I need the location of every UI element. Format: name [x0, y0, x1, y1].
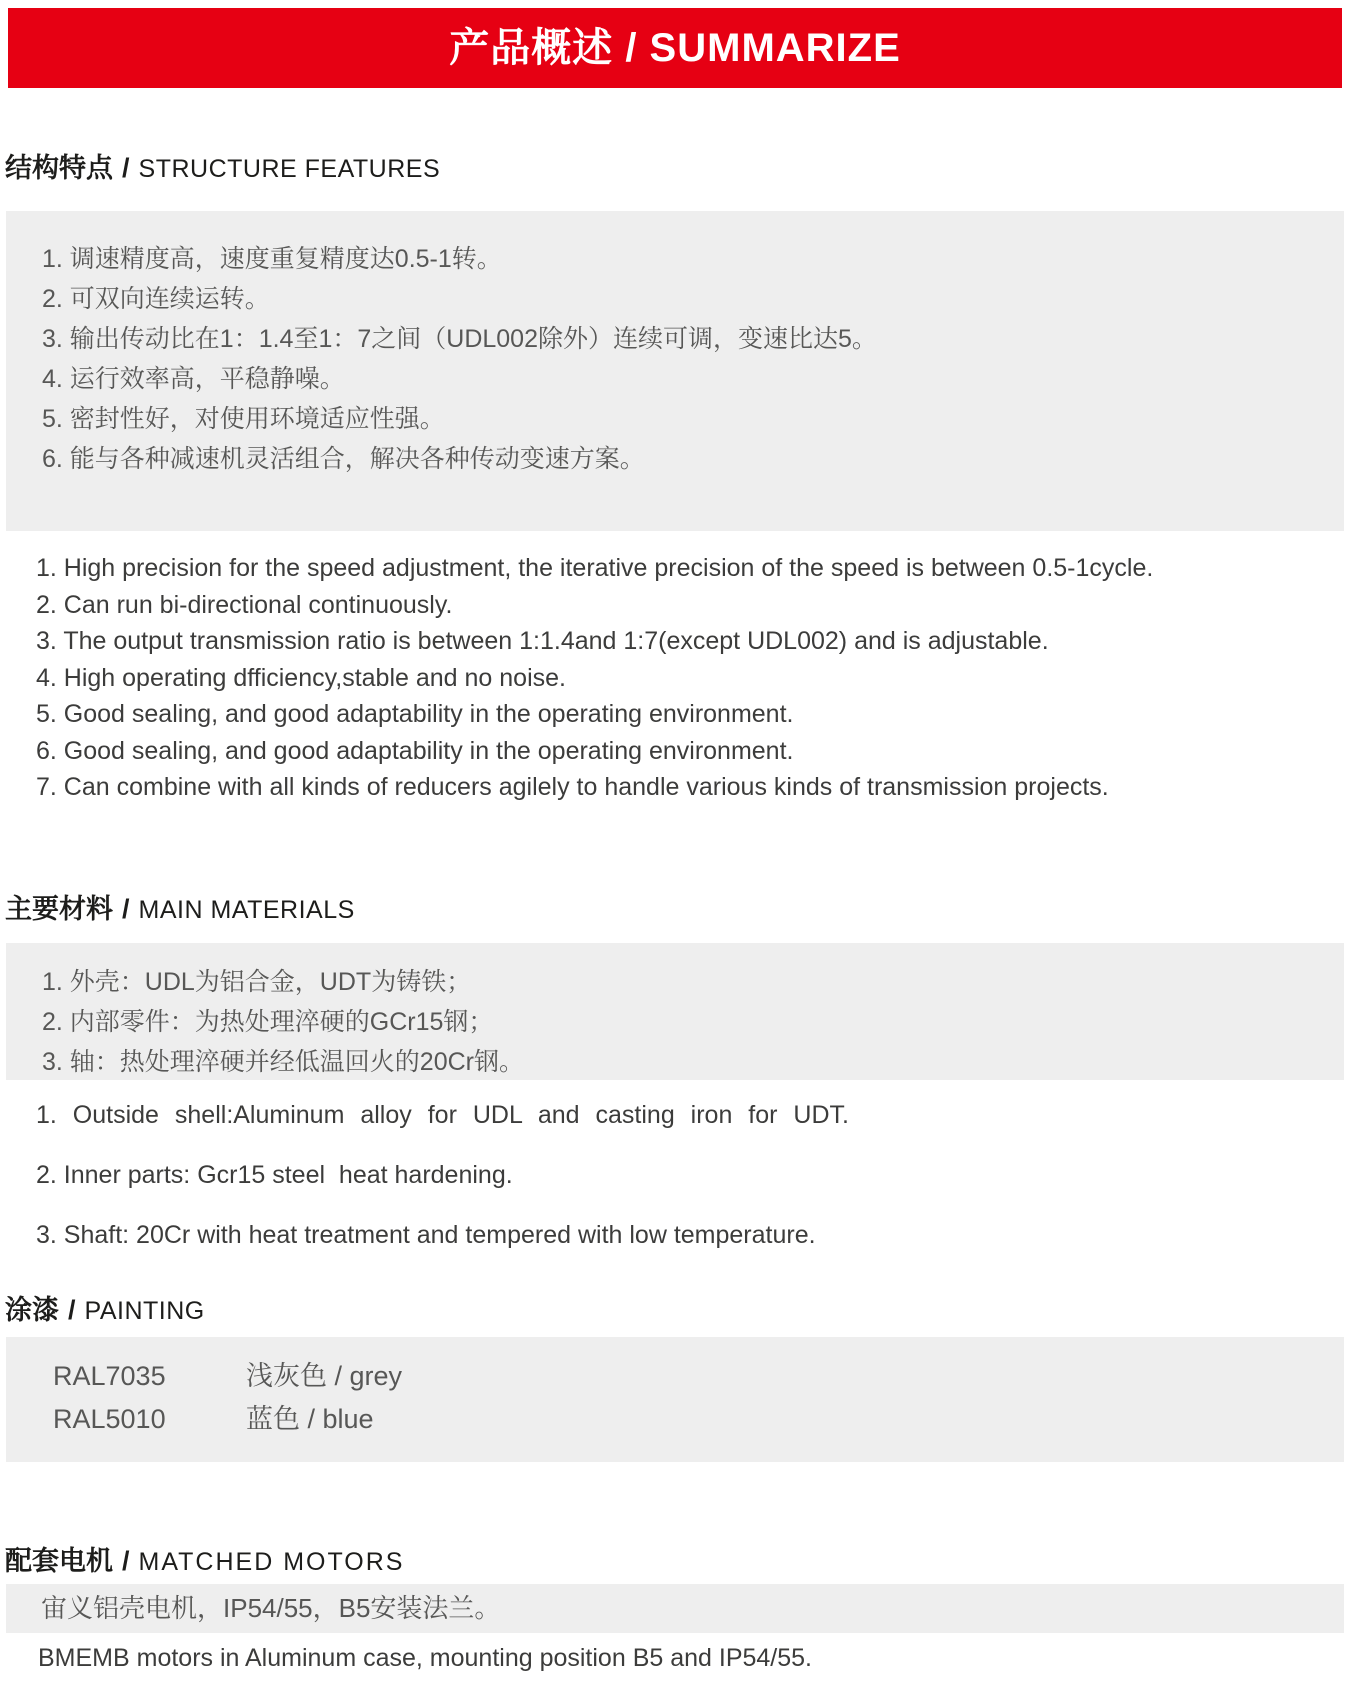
section-heading-main-materials: 主要材料/MAIN MATERIALS	[5, 887, 1350, 932]
structure-features-en-list: 1. High precision for the speed adjustme…	[36, 550, 1330, 806]
product-overview-page: 产品概述 / SUMMARIZE 结构特点/STRUCTURE FEATURES…	[0, 8, 1350, 1671]
list-item: 5. 密封性好，对使用环境适应性强。	[42, 399, 1324, 439]
section-heading-structure-features: 结构特点/STRUCTURE FEATURES	[5, 146, 1350, 191]
structure-features-cn-panel: 1. 调速精度高，速度重复精度达0.5-1转。 2. 可双向连续运转。 3. 输…	[6, 211, 1344, 531]
paint-code: RAL5010	[53, 1398, 246, 1441]
list-item: 6. Good sealing, and good adaptability i…	[36, 733, 1330, 770]
heading-en: PAINTING	[85, 1297, 205, 1325]
list-item: 2. 内部零件：为热处理淬硬的GCr15钢；	[42, 1002, 1324, 1042]
list-item: 1. High precision for the speed adjustme…	[36, 550, 1330, 587]
list-item: 7. Can combine with all kinds of reducer…	[36, 769, 1330, 806]
painting-panel: RAL7035浅灰色 / grey RAL5010蓝色 / blue	[6, 1337, 1344, 1462]
list-item: 1. 外壳：UDL为铝合金，UDT为铸铁；	[42, 962, 1324, 1002]
heading-cn: 配套电机	[5, 1546, 113, 1576]
motors-cn-text: 宙义铝壳电机，IP54/55，B5安装法兰。	[41, 1593, 500, 1623]
paint-code: RAL7035	[53, 1355, 246, 1398]
heading-cn: 主要材料	[5, 894, 113, 924]
heading-cn: 结构特点	[5, 153, 113, 183]
list-item: 5. Good sealing, and good adaptability i…	[36, 696, 1330, 733]
motors-en-text: BMEMB motors in Aluminum case, mounting …	[38, 1645, 1330, 1671]
list-item: 3. 输出传动比在1：1.4至1：7之间（UDL002除外）连续可调，变速比达5…	[42, 319, 1324, 359]
list-item: 2. Inner parts: Gcr15 steel heat hardeni…	[36, 1155, 1330, 1196]
paint-color-name: 浅灰色 / grey	[246, 1361, 402, 1391]
heading-en: MATCHED MOTORS	[139, 1548, 405, 1576]
paint-row: RAL5010蓝色 / blue	[53, 1398, 1344, 1441]
heading-separator: /	[113, 1546, 139, 1576]
list-item: 1. 调速精度高，速度重复精度达0.5-1转。	[42, 239, 1324, 279]
list-item: 3. 轴：热处理淬硬并经低温回火的20Cr钢。	[42, 1042, 1324, 1082]
main-materials-en-list: 1. Outside shell:Aluminum alloy for UDL …	[36, 1095, 1330, 1256]
page-title-banner: 产品概述 / SUMMARIZE	[8, 8, 1342, 88]
matched-motors-cn-panel: 宙义铝壳电机，IP54/55，B5安装法兰。	[6, 1584, 1344, 1633]
list-item: 4. High operating dfficiency,stable and …	[36, 660, 1330, 697]
heading-separator: /	[113, 894, 139, 924]
main-materials-cn-panel: 1. 外壳：UDL为铝合金，UDT为铸铁； 2. 内部零件：为热处理淬硬的GCr…	[6, 943, 1344, 1080]
list-item: 3. The output transmission ratio is betw…	[36, 623, 1330, 660]
list-item: 2. 可双向连续运转。	[42, 279, 1324, 319]
list-item: 6. 能与各种减速机灵活组合，解决各种传动变速方案。	[42, 439, 1324, 479]
heading-cn: 涂漆	[5, 1295, 59, 1325]
list-item: 2. Can run bi-directional continuously.	[36, 587, 1330, 624]
section-heading-painting: 涂漆/PAINTING	[5, 1288, 1350, 1333]
list-item: 3. Shaft: 20Cr with heat treatment and t…	[36, 1215, 1330, 1256]
list-item: 4. 运行效率高，平稳静噪。	[42, 359, 1324, 399]
heading-separator: /	[113, 153, 139, 183]
heading-separator: /	[59, 1295, 85, 1325]
heading-en: MAIN MATERIALS	[139, 896, 355, 924]
list-item: 1. Outside shell:Aluminum alloy for UDL …	[36, 1095, 1330, 1136]
paint-row: RAL7035浅灰色 / grey	[53, 1355, 1344, 1398]
section-heading-matched-motors: 配套电机/MATCHED MOTORS	[5, 1539, 1350, 1584]
page-title: 产品概述 / SUMMARIZE	[449, 26, 901, 70]
heading-en: STRUCTURE FEATURES	[139, 155, 441, 183]
paint-color-name: 蓝色 / blue	[246, 1404, 374, 1434]
